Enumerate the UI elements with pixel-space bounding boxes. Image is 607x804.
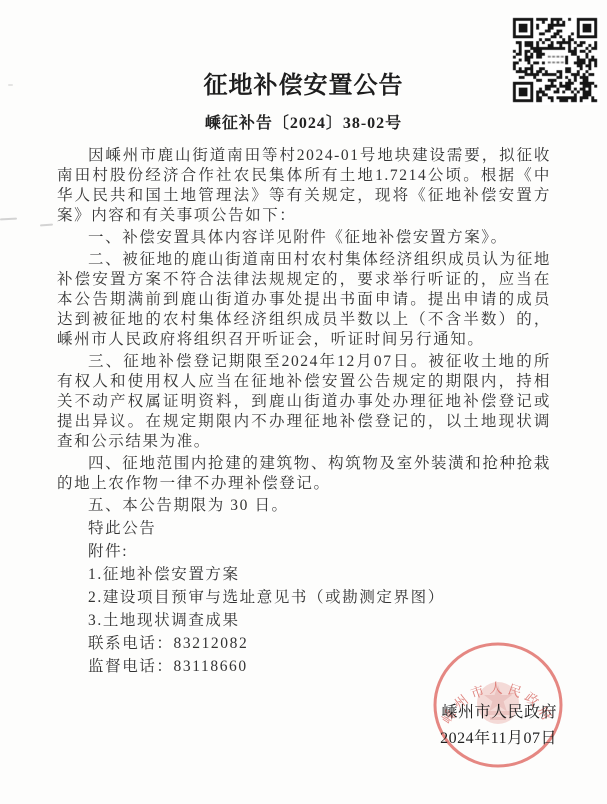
paragraph-item-3: 三、征地补偿登记期限至2024年12月07日。被征收土地的所有权人和使用权人应当… <box>57 352 551 452</box>
paragraph-item-5: 五、本公告期限为 30 日。 <box>57 496 551 516</box>
scan-artifact <box>8 84 13 86</box>
announcement-page: 征地补偿安置公告 嵊征补告〔2024〕38-02号 因嵊州市鹿山街道南田等村20… <box>0 0 607 804</box>
attachment-item: 2.建设项目预审与选址意见书（或勘测定界图） <box>57 588 551 608</box>
attachment-item: 3.土地现状调查成果 <box>57 611 551 631</box>
scan-artifact <box>40 224 53 227</box>
doc-body: 因嵊州市鹿山街道南田等村2024-01号地块建设需要，拟征收南田村股份经济合作社… <box>57 146 551 677</box>
attachments-label: 附件: <box>57 542 551 562</box>
qr-code <box>510 15 600 105</box>
paragraph-item-2: 二、被征地的鹿山街道南田村农村集体经济组织成员认为征地补偿安置方案不符合法律法规… <box>57 250 551 350</box>
paragraph-item-1: 一、补偿安置具体内容详见附件《征地补偿安置方案》。 <box>57 228 551 248</box>
closing-statement: 特此公告 <box>57 519 551 539</box>
contact-phone-label: 联系电话： <box>88 635 174 652</box>
paragraph-item-4: 四、征地范围内抢建的建筑物、构筑物及室外装潢和抢种抢栽的地上农作物一律不办理补偿… <box>57 454 551 494</box>
attachment-item: 1.征地补偿安置方案 <box>57 565 551 585</box>
signature-issuer: 嵊州市人民政府 <box>441 703 557 723</box>
supervision-phone-value: 83118660 <box>174 658 248 675</box>
paragraph-intro: 因嵊州市鹿山街道南田等村2024-01号地块建设需要，拟征收南田村股份经济合作社… <box>57 146 551 226</box>
signature-date: 2024年11月07日 <box>440 729 557 749</box>
doc-number: 嵊征补告〔2024〕38-02号 <box>0 114 607 134</box>
scan-artifact <box>0 218 17 221</box>
contact-phone-value: 83212082 <box>174 635 249 652</box>
supervision-phone-label: 监督电话： <box>88 658 174 675</box>
